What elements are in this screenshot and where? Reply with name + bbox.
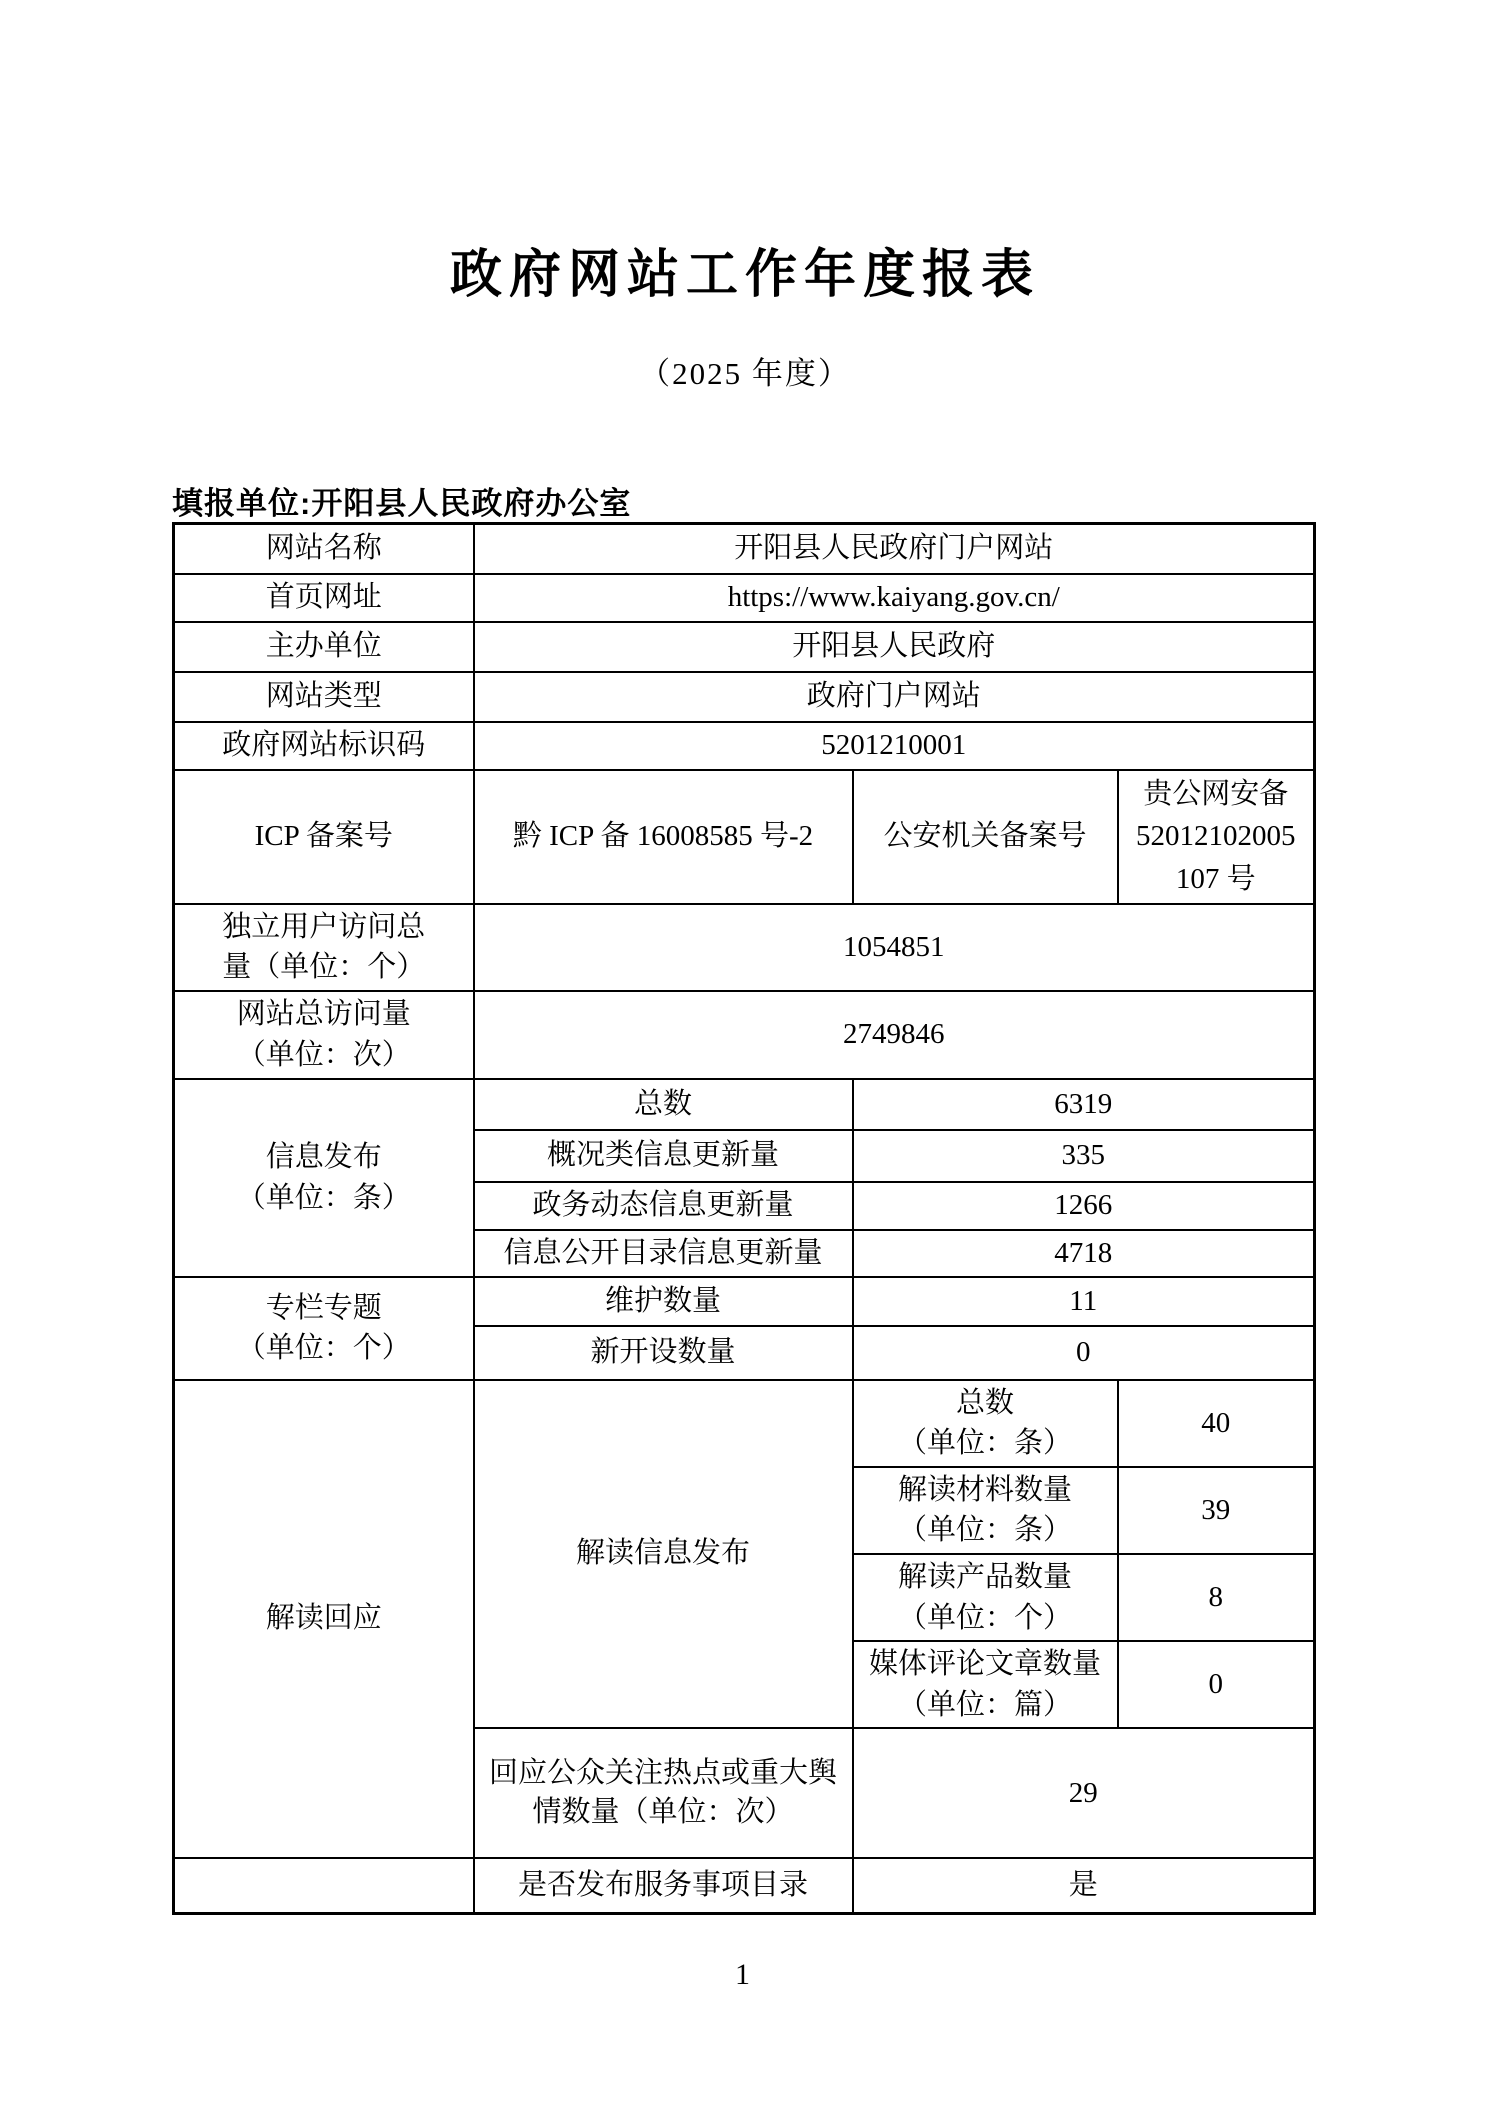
interp-product-label-line2: （单位：个） [860,1598,1111,1639]
table-row: ICP 备案号 黔 ICP 备 16008585 号-2 公安机关备案号 贵公网… [174,770,1315,904]
overview-update-value: 335 [853,1130,1315,1182]
document-subtitle: （2025 年度） [0,348,1490,393]
site-type-value: 政府门户网站 [474,672,1315,722]
media-comment-label-line2: （单位：篇） [860,1685,1111,1726]
table-row: 专栏专题 （单位：个） 维护数量 11 [174,1277,1315,1326]
site-type-label: 网站类型 [174,672,474,722]
info-publish-label-line2: （单位：条） [181,1178,467,1219]
annual-report-table: 网站名称 开阳县人民政府门户网站 首页网址 https://www.kaiyan… [172,522,1316,1915]
police-record-value-line1: 贵公网安备 [1125,773,1308,815]
home-url-value: https://www.kaiyang.gov.cn/ [474,574,1315,622]
table-row: 网站总访问量 （单位：次） 2749846 [174,991,1315,1079]
interp-product-value: 8 [1118,1554,1315,1641]
table-row: 是否发布服务事项目录 是 [174,1858,1315,1913]
interp-material-label-line1: 解读材料数量 [860,1470,1111,1511]
host-unit-value: 开阳县人民政府 [474,622,1315,672]
unique-visitors-label-line1: 独立用户访问总 [181,907,467,948]
public-response-value: 29 [853,1728,1315,1858]
table-row: 主办单位 开阳县人民政府 [174,622,1315,672]
table-row: 独立用户访问总 量（单位：个） 1054851 [174,904,1315,991]
police-record-value-line3: 107 号 [1125,858,1308,900]
interp-material-value: 39 [1118,1467,1315,1554]
host-unit-label: 主办单位 [174,622,474,672]
total-visits-value: 2749846 [474,991,1315,1079]
table-row: 信息发布 （单位：条） 总数 6319 [174,1079,1315,1130]
icp-value: 黔 ICP 备 16008585 号-2 [474,770,853,904]
police-record-value-line2: 52012102005 [1125,815,1308,857]
table-row: 首页网址 https://www.kaiyang.gov.cn/ [174,574,1315,622]
page-number: 1 [172,1958,1313,1992]
media-comment-label: 媒体评论文章数量 （单位：篇） [853,1641,1118,1728]
interpretation-publish-label: 解读信息发布 [474,1380,853,1729]
police-record-label: 公安机关备案号 [853,770,1118,904]
info-publish-label-line1: 信息发布 [181,1137,467,1178]
gov-news-update-label: 政务动态信息更新量 [474,1182,853,1230]
interpretation-section-label: 解读回应 [174,1380,474,1859]
table-row: 网站名称 开阳县人民政府门户网站 [174,524,1315,574]
total-visits-label-line1: 网站总访问量 [181,994,467,1035]
newly-opened-count-value: 0 [853,1326,1315,1380]
site-name-value: 开阳县人民政府门户网站 [474,524,1315,574]
interp-total-label-line1: 总数 [860,1383,1111,1424]
interp-total-label-line2: （单位：条） [860,1423,1111,1464]
gov-news-update-value: 1266 [853,1182,1315,1230]
special-columns-label-line2: （单位：个） [181,1328,467,1369]
interp-total-label: 总数 （单位：条） [853,1380,1118,1467]
total-visits-label: 网站总访问量 （单位：次） [174,991,474,1079]
service-catalog-label: 是否发布服务事项目录 [474,1858,853,1913]
unique-visitors-label: 独立用户访问总 量（单位：个） [174,904,474,991]
empty-section-cell [174,1858,474,1913]
interp-material-label: 解读材料数量 （单位：条） [853,1467,1118,1554]
public-response-label: 回应公众关注热点或重大舆情数量（单位：次） [474,1728,853,1858]
open-catalog-update-label: 信息公开目录信息更新量 [474,1230,853,1277]
interp-product-label: 解读产品数量 （单位：个） [853,1554,1118,1641]
site-id-value: 5201210001 [474,722,1315,770]
media-comment-value: 0 [1118,1641,1315,1728]
overview-update-label: 概况类信息更新量 [474,1130,853,1182]
police-record-value: 贵公网安备 52012102005 107 号 [1118,770,1315,904]
newly-opened-count-label: 新开设数量 [474,1326,853,1380]
maintained-count-label: 维护数量 [474,1277,853,1326]
open-catalog-update-value: 4718 [853,1230,1315,1277]
special-columns-label-line1: 专栏专题 [181,1288,467,1329]
unique-visitors-value: 1054851 [474,904,1315,991]
info-publish-section-label: 信息发布 （单位：条） [174,1079,474,1277]
maintained-count-value: 11 [853,1277,1315,1326]
special-columns-section-label: 专栏专题 （单位：个） [174,1277,474,1380]
service-catalog-value: 是 [853,1858,1315,1913]
reporting-unit-line: 填报单位:开阳县人民政府办公室 [172,478,631,523]
icp-label: ICP 备案号 [174,770,474,904]
home-url-label: 首页网址 [174,574,474,622]
table-row: 解读回应 解读信息发布 总数 （单位：条） 40 [174,1380,1315,1467]
unique-visitors-label-line2: 量（单位：个） [181,947,467,988]
site-name-label: 网站名称 [174,524,474,574]
interp-total-value: 40 [1118,1380,1315,1467]
info-total-label: 总数 [474,1079,853,1130]
interp-product-label-line1: 解读产品数量 [860,1557,1111,1598]
document-title: 政府网站工作年度报表 [0,232,1490,307]
document-page: 政府网站工作年度报表 （2025 年度） 填报单位:开阳县人民政府办公室 网站名… [0,0,1490,2115]
media-comment-label-line1: 媒体评论文章数量 [860,1644,1111,1685]
site-id-label: 政府网站标识码 [174,722,474,770]
total-visits-label-line2: （单位：次） [181,1035,467,1076]
interp-material-label-line2: （单位：条） [860,1510,1111,1551]
table-row: 网站类型 政府门户网站 [174,672,1315,722]
info-total-value: 6319 [853,1079,1315,1130]
table-row: 政府网站标识码 5201210001 [174,722,1315,770]
